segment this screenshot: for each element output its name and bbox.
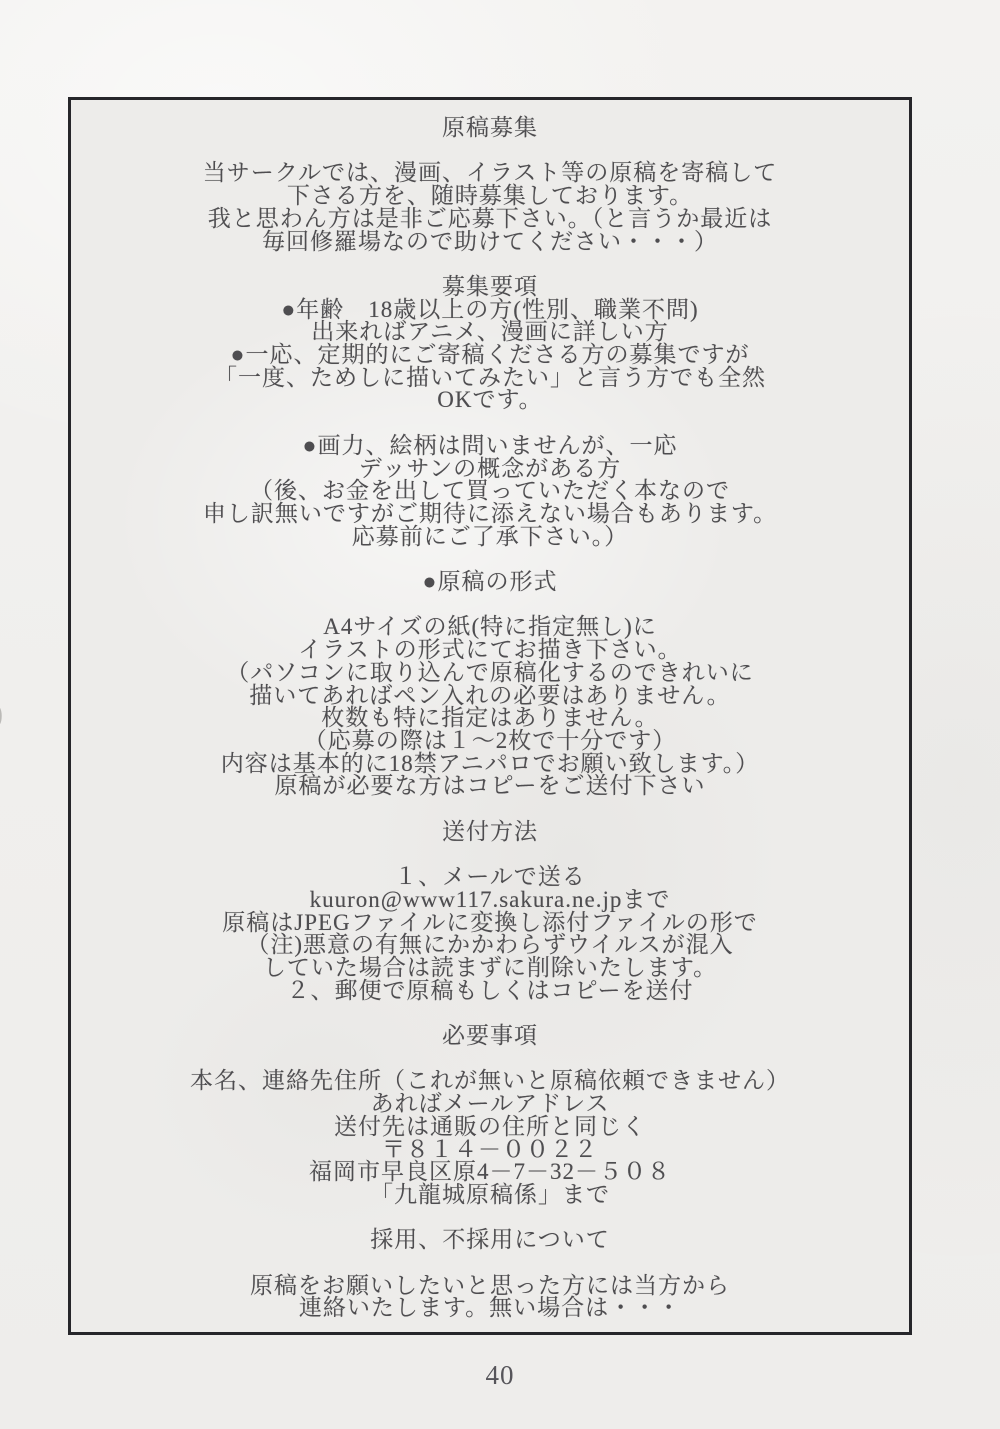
text-line <box>71 412 909 435</box>
text-line: 枚数も特に指定はありません。 <box>71 707 909 730</box>
text-line: 当サークルでは、漫画、イラスト等の原稿を寄稿して <box>71 162 909 185</box>
text-line: 「一度、ためしに描いてみたい」と言う方でも全然 <box>71 367 909 390</box>
text-line <box>71 140 909 163</box>
text-line <box>71 1252 909 1275</box>
text-line: していた場合は読まずに削除いたします。 <box>71 957 909 980</box>
text-line: 原稿募集 <box>71 117 909 140</box>
text-line: A4サイズの紙(特に指定無し)に <box>71 616 909 639</box>
text-line: 採用、不採用について <box>71 1229 909 1252</box>
text-line: （パソコンに取り込んで原稿化するのできれいに <box>71 662 909 685</box>
text-line: 原稿をお願いしたいと思った方には当方から <box>71 1275 909 1298</box>
text-line <box>71 594 909 617</box>
text-line: 〒８１４－００２２ <box>71 1139 909 1162</box>
text-line: デッサンの概念がある方 <box>71 458 909 481</box>
text-line: 応募前にご了承下さい。） <box>71 526 909 549</box>
text-line: 申し訳無いですがご期待に添えない場合もあります。 <box>71 503 909 526</box>
text-line: 下さる方を、随時募集しております。 <box>71 185 909 208</box>
text-line: 送付先は通販の住所と同じく <box>71 1116 909 1139</box>
text-line: 原稿が必要な方はコピーをご送付下さい <box>71 775 909 798</box>
text-line <box>71 798 909 821</box>
text-line: 募集要項 <box>71 276 909 299</box>
text-lines: 原稿募集当サークルでは、漫画、イラスト等の原稿を寄稿して下さる方を、随時募集して… <box>71 117 909 1320</box>
text-line: あればメールアドレス <box>71 1093 909 1116</box>
text-line: （後、お金を出して買っていただく本なので <box>71 480 909 503</box>
text-line: 我と思わん方は是非ご応募下さい。（と言うか最近は <box>71 208 909 231</box>
text-line: OKです。 <box>71 389 909 412</box>
page-edge-digit-artifact: 0 <box>0 698 3 736</box>
text-line: 描いてあればペン入れの必要はありません。 <box>71 685 909 708</box>
text-line: イラストの形式にてお描き下さい。 <box>71 639 909 662</box>
text-line: 必要事項 <box>71 1025 909 1048</box>
text-line: ●年齢 18歳以上の方(性別、職業不問) <box>71 299 909 322</box>
text-line: kuuron@www117.sakura.ne.jpまで <box>71 889 909 912</box>
text-line: 出来ればアニメ、漫画に詳しい方 <box>71 321 909 344</box>
text-line: ●一応、定期的にご寄稿くださる方の募集ですが <box>71 344 909 367</box>
text-line: 内容は基本的に18禁アニパロでお願い致します。） <box>71 753 909 776</box>
text-line <box>71 1207 909 1230</box>
text-line: 福岡市早良区原4－7－32－５０８ <box>71 1161 909 1184</box>
text-line <box>71 1002 909 1025</box>
text-line <box>71 548 909 571</box>
text-frame: 原稿募集当サークルでは、漫画、イラスト等の原稿を寄稿して下さる方を、随時募集して… <box>68 97 912 1335</box>
text-line <box>71 253 909 276</box>
text-line: 原稿はJPEGファイルに変換し添付ファイルの形で <box>71 912 909 935</box>
text-line: 毎回修羅場なので助けてください・・・） <box>71 231 909 254</box>
text-line: ●画力、絵柄は問いませんが、一応 <box>71 435 909 458</box>
text-line: （注)悪意の有無にかかわらずウイルスが混入 <box>71 934 909 957</box>
text-line: （応募の際は１～2枚で十分です） <box>71 730 909 753</box>
text-line: 「九龍城原稿係」まで <box>71 1184 909 1207</box>
text-line: １、メールで送る <box>71 866 909 889</box>
text-line: ２、郵便で原稿もしくはコピーを送付 <box>71 980 909 1003</box>
text-line <box>71 1048 909 1071</box>
text-line: 本名、連絡先住所（これが無いと原稿依頼できません） <box>71 1070 909 1093</box>
text-line: 連絡いたします。無い場合は・・・ <box>71 1297 909 1320</box>
page-number: 40 <box>0 1360 1000 1391</box>
text-line <box>71 843 909 866</box>
text-line: ●原稿の形式 <box>71 571 909 594</box>
text-line: 送付方法 <box>71 821 909 844</box>
scanned-page: 0 原稿募集当サークルでは、漫画、イラスト等の原稿を寄稿して下さる方を、随時募集… <box>0 0 1000 1429</box>
